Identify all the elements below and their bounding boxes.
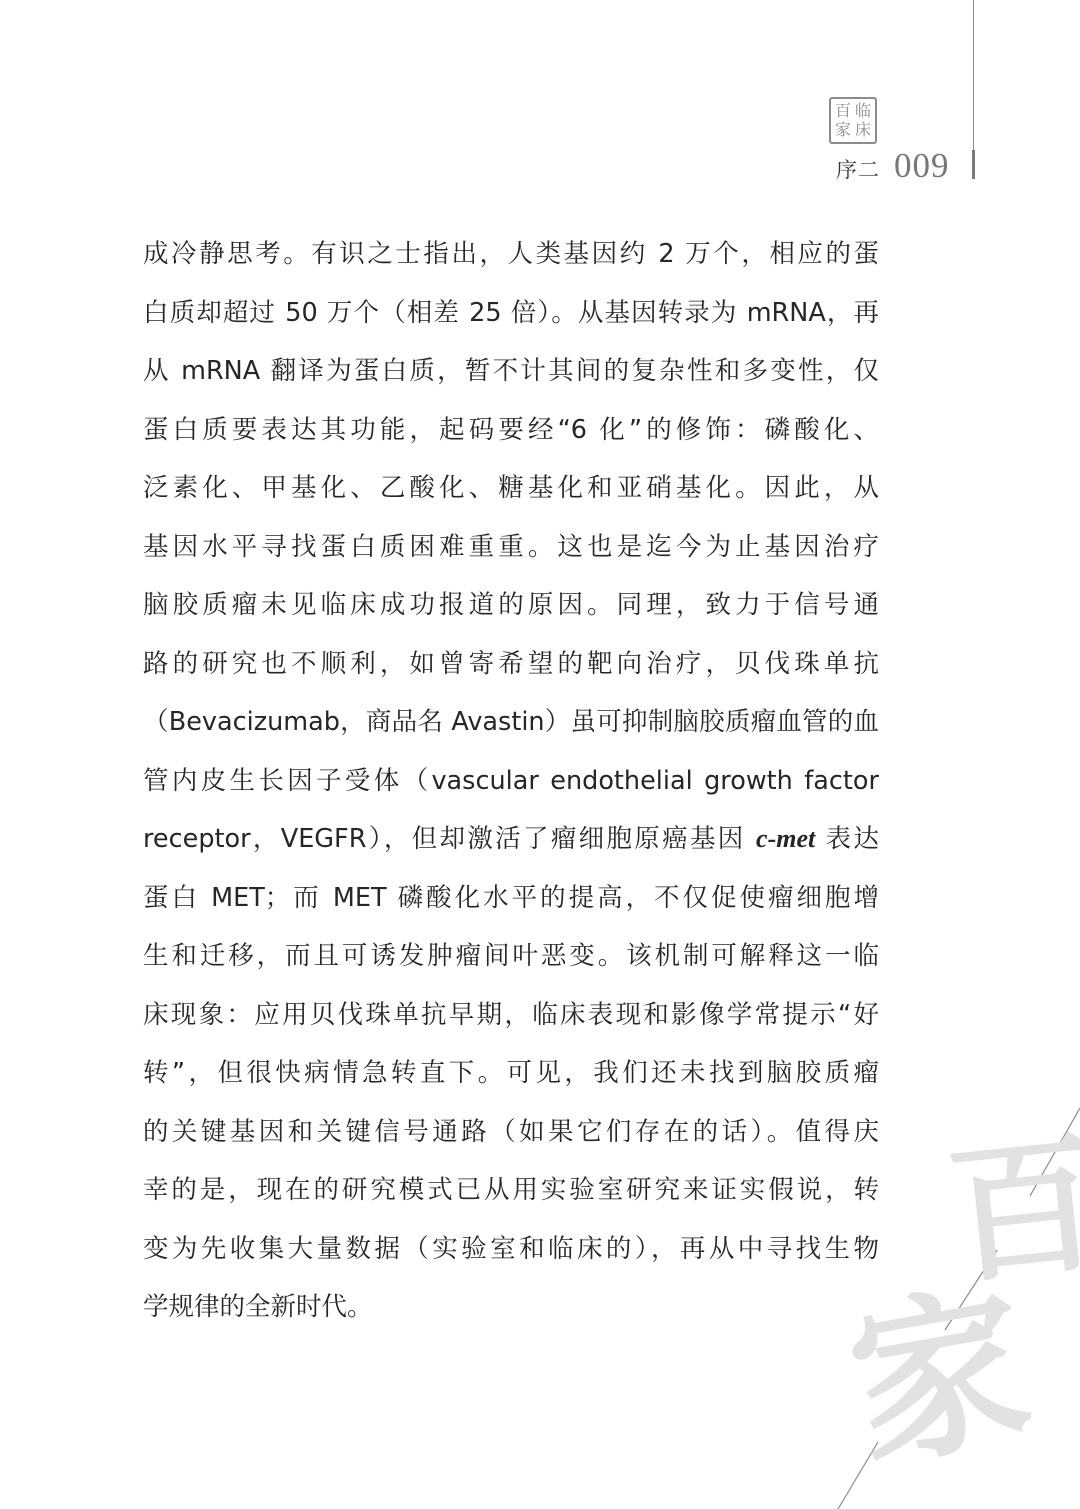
calligraphy-watermark: 百 家: [820, 1089, 1080, 1509]
book-page: 百 临 家 床 序二 009 成冷静思考。有识之士指出，人类基因约 2 万个，相…: [0, 0, 1080, 1509]
